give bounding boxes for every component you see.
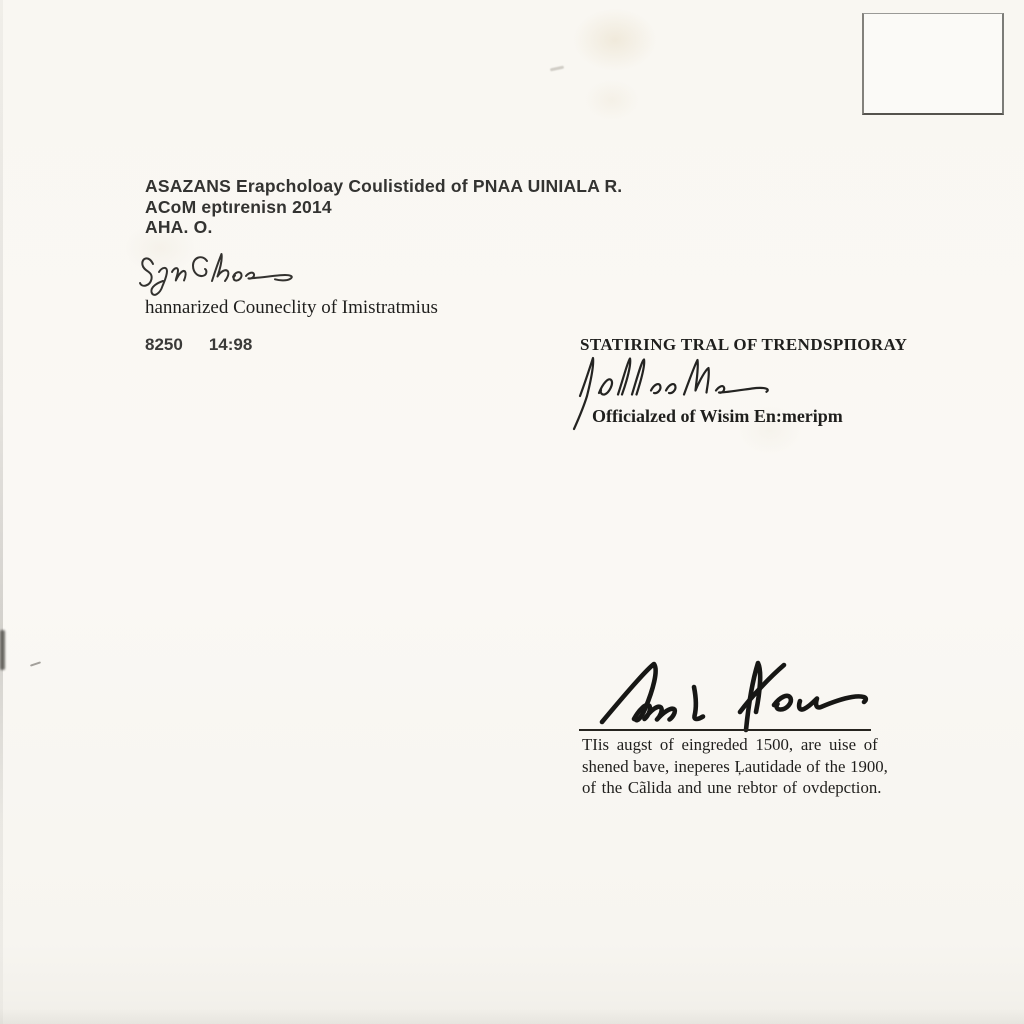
scan-edge-artifact: [0, 0, 3, 1024]
paper-speck: [550, 66, 564, 72]
edge-ink-smudge: [0, 630, 5, 670]
signature-bottom: [594, 656, 889, 734]
letterhead-line-2: ACoM eptırenisn 2014: [145, 197, 622, 218]
right-caption: Officialzed of Wisim En:meripm: [592, 406, 843, 427]
letterhead-block: ASAZANS Erapcholoay Coulistided of PNAA …: [145, 176, 622, 238]
footnote-line-3: of the Cãlida and une rebtor of ovdepcti…: [582, 777, 888, 799]
pencil-mark: [30, 661, 41, 666]
ref-number: 8250: [145, 335, 183, 354]
signature-syn-ghoe: [138, 250, 313, 302]
letterhead-line-1: ASAZANS Erapcholoay Coulistided of PNAA …: [145, 176, 622, 197]
footnote-line-1: TIis augst of eingreded 1500, are uise o…: [582, 734, 888, 756]
empty-stamp-box: [862, 13, 1004, 115]
footnote-block: TIis augst of eingreded 1500, are uise o…: [582, 734, 888, 799]
reference-numbers: 825014:98: [145, 335, 252, 355]
footnote-line-2: shened bave, ineperes Ļautidade of the 1…: [582, 756, 888, 778]
time-value: 14:98: [209, 335, 252, 354]
scanned-document-page: ASAZANS Erapcholoay Coulistided of PNAA …: [0, 0, 1024, 1024]
letterhead-line-3: AHA. O.: [145, 217, 622, 238]
signature-line: [579, 729, 871, 731]
bottom-scan-shadow: [0, 1008, 1024, 1024]
left-title: hannarized Couneclity of Imistratmius: [145, 297, 438, 319]
